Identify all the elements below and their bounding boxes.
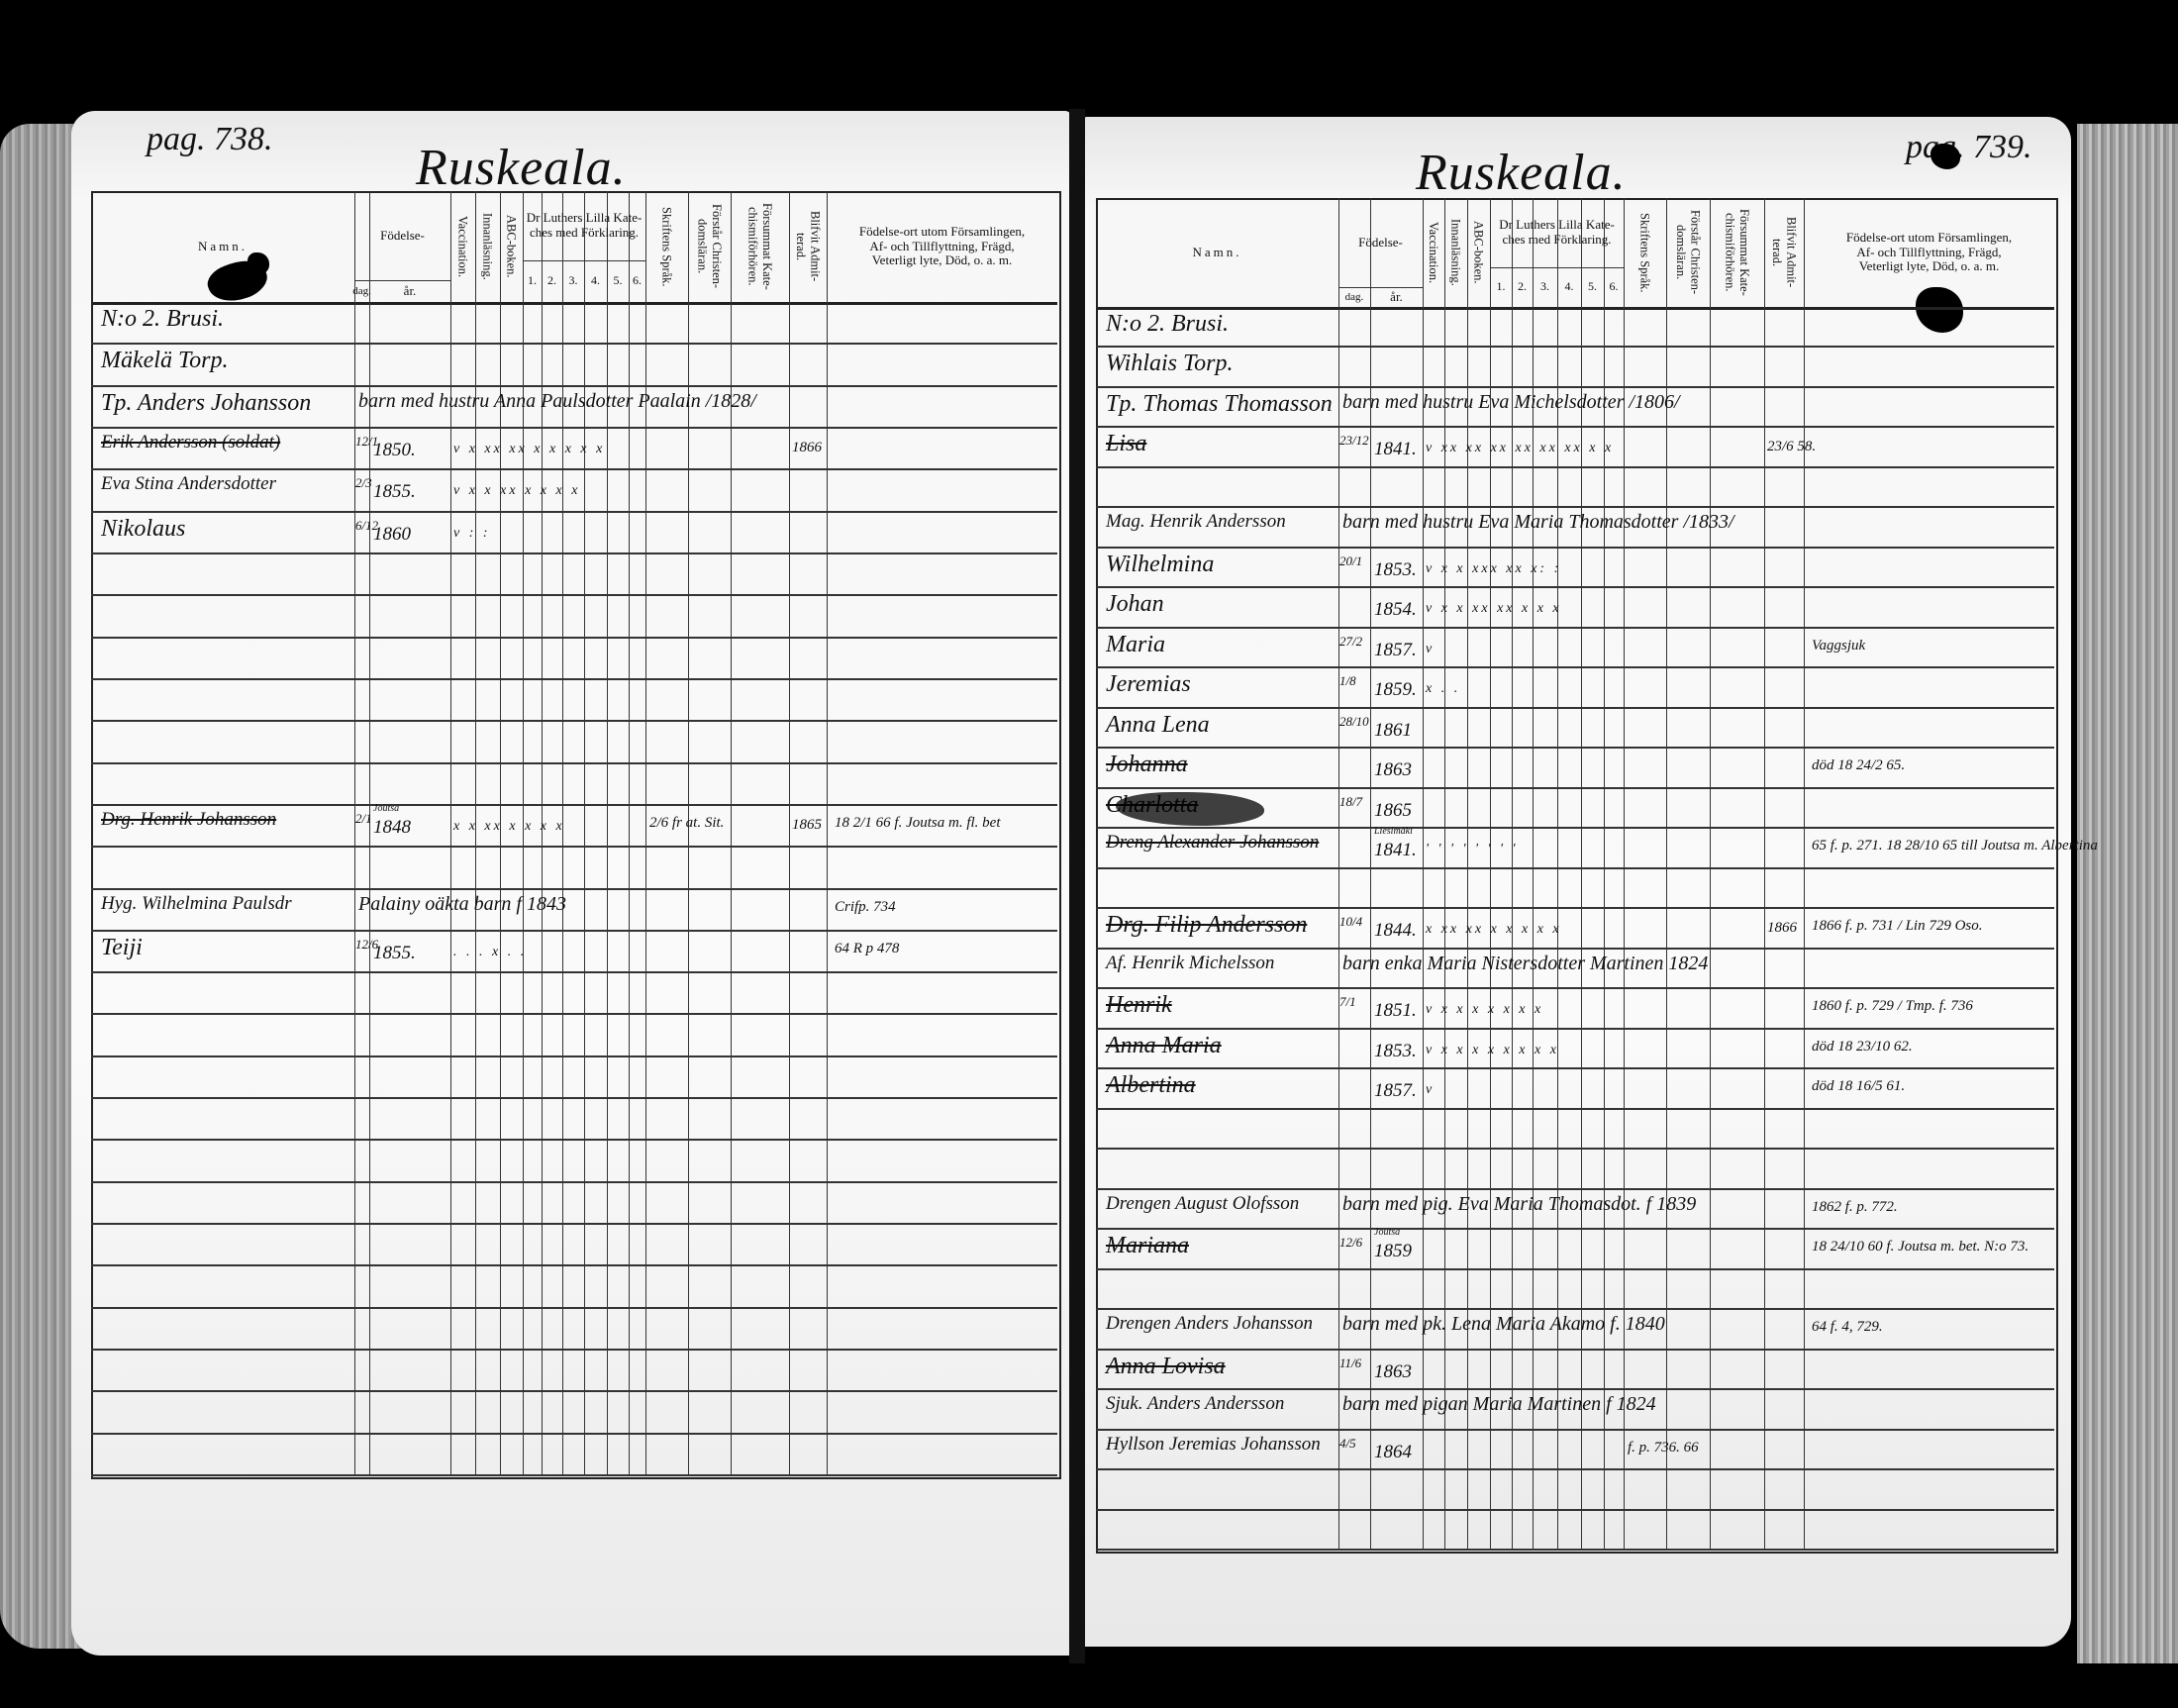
entry-span-text: Palainy oäkta barn f 1843 bbox=[358, 893, 566, 916]
entry-birth-year: 1844. bbox=[1374, 920, 1417, 942]
header-notes: Födelse-ort utom Församlingen, Af- och T… bbox=[1804, 198, 2054, 307]
header-skriftens: Skriftens Språk. bbox=[1624, 198, 1666, 307]
row-rule bbox=[91, 804, 1057, 806]
entry-name: Dreng Alexander Johansson bbox=[1106, 832, 1319, 854]
entry-birth-year: 1851. bbox=[1374, 1000, 1417, 1022]
entry-notes: 1860 f. p. 729 / Tmp. f. 736 bbox=[1812, 998, 1973, 1015]
header-luther-col: 5. bbox=[1581, 267, 1604, 307]
entry-notes: död 18 23/10 62. bbox=[1812, 1039, 1913, 1055]
row-rule bbox=[1096, 707, 2054, 709]
entry-name: Nikolaus bbox=[101, 516, 185, 543]
entry-name: Drengen August Olofsson bbox=[1106, 1193, 1299, 1215]
header-innanlasning-label: Innanläsning. bbox=[480, 213, 494, 280]
entry-span-text: barn med hustru Anna Paulsdotter Paalain… bbox=[358, 390, 756, 413]
entry-birth-year: 1864 bbox=[1374, 1442, 1412, 1463]
row-rule bbox=[1096, 1228, 2054, 1230]
header-luther-col: 3. bbox=[1533, 267, 1557, 307]
header-vaccination: Vaccination. bbox=[450, 191, 475, 302]
header-innanlasning: Innanläsning. bbox=[475, 191, 500, 302]
header-luther-col: 6. bbox=[1604, 267, 1624, 307]
entry-name: Mag. Henrik Andersson bbox=[1106, 511, 1286, 533]
entry-notes: död 18 16/5 61. bbox=[1812, 1078, 1905, 1095]
entry-birth-year: 1860 bbox=[373, 524, 411, 546]
entry-birth-year: 1853. bbox=[1374, 1041, 1417, 1062]
entry-remark: f. p. 736. 66 bbox=[1628, 1440, 1699, 1457]
entry-examination-marks: v x x xxx xx x: : bbox=[1426, 561, 1561, 577]
row-rule bbox=[1096, 1308, 2054, 1310]
entry-examination-marks: v bbox=[1426, 642, 1435, 657]
header-abc: ABC-boken. bbox=[1467, 198, 1490, 307]
row-rule bbox=[1096, 1148, 2054, 1150]
row-rule bbox=[1096, 747, 2054, 749]
entry-name: Erik Andersson (soldat) bbox=[101, 432, 280, 453]
entry-admitted: 1865 bbox=[792, 817, 822, 834]
column-divider bbox=[629, 191, 630, 1475]
entry-name: Wihlais Torp. bbox=[1106, 351, 1234, 377]
row-rule bbox=[91, 1223, 1057, 1225]
entry-birth-year: 1859 bbox=[1374, 1241, 1412, 1262]
entry-birth-day: 2/1 bbox=[355, 811, 372, 827]
entry-span-text: barn enka Maria Nistersdotter Martinen 1… bbox=[1342, 953, 1708, 975]
entry-notes: 64 R p 478 bbox=[835, 941, 899, 957]
row-rule bbox=[1096, 1067, 2054, 1069]
entry-examination-marks: ' ' ' ' ' ' ' ' bbox=[1426, 842, 1518, 857]
entry-name: Henrik bbox=[1106, 992, 1172, 1019]
entry-birth-day: 2/3 bbox=[355, 475, 372, 491]
header-katechismi-label: Försummat Kate- chismiförhören. bbox=[1723, 209, 1751, 296]
entry-name: Drengen Anders Johansson bbox=[1106, 1313, 1313, 1335]
row-rule bbox=[91, 971, 1057, 973]
column-divider bbox=[827, 191, 828, 1475]
entry-notes: 18 2/1 66 f. Joutsa m. fl. bet bbox=[835, 815, 1001, 832]
entry-span-text: barn med pigan Maria Martinen f 1824 bbox=[1342, 1393, 1656, 1416]
entry-examination-marks: v xx xx xx xx xx xx x x bbox=[1426, 441, 1614, 456]
header-ar: år. bbox=[1370, 287, 1423, 307]
header-fodelse: Födelse- bbox=[354, 191, 450, 280]
header-luther-col: 2. bbox=[542, 260, 562, 302]
row-rule bbox=[91, 930, 1057, 932]
entry-birth-day: 4/5 bbox=[1339, 1436, 1356, 1452]
entry-examination-marks: v x x x x x x x bbox=[1426, 1002, 1543, 1018]
row-rule bbox=[1096, 386, 2054, 388]
row-rule bbox=[91, 762, 1057, 764]
row-rule bbox=[1096, 1108, 2054, 1110]
book-gutter bbox=[1069, 109, 1085, 1663]
entry-name: Drg. Filip Andersson bbox=[1106, 912, 1307, 939]
entry-birth-day: 23/12 bbox=[1339, 433, 1369, 449]
entry-name: Johan bbox=[1106, 591, 1164, 618]
header-luther: Dr Luthers Lilla Kate- ches med Förklari… bbox=[1490, 198, 1624, 267]
row-rule bbox=[1096, 907, 2054, 909]
row-rule bbox=[1096, 867, 2054, 869]
entry-birth-year: 1853. bbox=[1374, 559, 1417, 581]
header-luther-col: 5. bbox=[607, 260, 629, 302]
entry-span-text: barn med hustru Eva Michelsdotter /1806/ bbox=[1342, 391, 1680, 414]
entry-name: Tp. Thomas Thomasson bbox=[1106, 391, 1333, 418]
entry-admitted: 23/6 58. bbox=[1767, 439, 1816, 455]
row-rule bbox=[91, 720, 1057, 722]
row-rule bbox=[91, 343, 1057, 345]
entry-name: Af. Henrik Michelsson bbox=[1106, 953, 1274, 974]
entry-span-text: barn med hustru Eva Maria Thomasdotter /… bbox=[1342, 511, 1734, 534]
row-rule bbox=[1096, 346, 2054, 348]
header-katechismi-label: Försummat Kate- chismiförhören. bbox=[745, 203, 774, 290]
row-rule bbox=[91, 1307, 1057, 1309]
row-rule bbox=[91, 1390, 1057, 1392]
row-rule bbox=[1096, 547, 2054, 549]
column-divider bbox=[731, 191, 732, 1475]
left-parish-title: Ruskeala. bbox=[416, 139, 627, 197]
entry-name: Anna Lena bbox=[1106, 712, 1210, 739]
column-divider bbox=[1764, 198, 1765, 1550]
entry-remark: 2/6 fr at. Sit. bbox=[649, 815, 724, 832]
entry-span-text: barn med pk. Lena Maria Akamo f. 1840 bbox=[1342, 1313, 1665, 1336]
entry-examination-marks: v x x x x x x x x bbox=[1426, 1043, 1559, 1058]
header-katechismi: Försummat Kate- chismiförhören. bbox=[1710, 198, 1764, 307]
entry-name: Jeremias bbox=[1106, 671, 1191, 698]
entry-birth-year: 1848 bbox=[373, 817, 411, 839]
row-rule bbox=[1096, 1349, 2054, 1351]
header-admitterad-label: Blifvit Admit- terad. bbox=[794, 211, 823, 281]
header-luther-col: 6. bbox=[629, 260, 645, 302]
row-rule bbox=[91, 888, 1057, 890]
entry-examination-marks: v x x xx x x x x bbox=[453, 483, 580, 499]
entry-examination-marks: x x xx x x x x bbox=[453, 819, 565, 835]
entry-examination-marks: . . . x . . bbox=[453, 945, 527, 960]
entry-name: Lisa bbox=[1106, 431, 1146, 457]
column-divider bbox=[1338, 198, 1339, 1550]
header-innanlasning: Innanläsning. bbox=[1444, 198, 1467, 307]
row-rule bbox=[91, 427, 1057, 429]
column-divider bbox=[1710, 198, 1711, 1550]
row-rule bbox=[91, 846, 1057, 848]
header-skriftens: Skriftens Språk. bbox=[645, 191, 688, 302]
header-admitterad-label: Blifvit Admit- terad. bbox=[1770, 217, 1799, 287]
entry-birth-day: 7/1 bbox=[1339, 994, 1356, 1010]
entry-birth-place: Joutsa bbox=[1374, 1227, 1400, 1238]
entry-birth-year: 1863 bbox=[1374, 759, 1412, 781]
header-namn: Namn. bbox=[91, 191, 354, 302]
row-rule bbox=[1096, 787, 2054, 789]
entry-admitted: 1866 bbox=[1767, 920, 1797, 937]
left-page-number: pag. 738. bbox=[147, 121, 273, 158]
entry-notes: Vaggsjuk bbox=[1812, 638, 1865, 654]
row-rule bbox=[1096, 426, 2054, 428]
entry-birth-day: 20/1 bbox=[1339, 553, 1362, 569]
entry-name: Mäkelä Torp. bbox=[101, 348, 228, 374]
row-rule bbox=[91, 594, 1057, 596]
column-divider bbox=[584, 191, 585, 1475]
header-dag: dag. bbox=[354, 280, 369, 302]
header-innanlasning-label: Innanläsning. bbox=[1448, 219, 1462, 286]
entry-birth-day: 11/6 bbox=[1339, 1356, 1361, 1371]
column-divider bbox=[369, 191, 370, 1475]
header-vaccination-label: Vaccination. bbox=[1427, 222, 1440, 283]
entry-birth-year: 1863 bbox=[1374, 1361, 1412, 1383]
header-ar: år. bbox=[369, 280, 450, 302]
right-parish-title: Ruskeala. bbox=[1416, 144, 1627, 202]
entry-notes: 65 f. p. 271. 18 28/10 65 till Joutsa m.… bbox=[1812, 838, 2098, 854]
entry-name: Drg. Henrik Johansson bbox=[101, 809, 276, 831]
entry-birth-year: 1850. bbox=[373, 440, 416, 461]
row-rule bbox=[1096, 1468, 2054, 1470]
entry-examination-marks: v : : bbox=[453, 526, 491, 542]
header-skriftens-label: Skriftens Språk. bbox=[1637, 213, 1651, 293]
entry-notes: 18 24/10 60 f. Joutsa m. bet. N:o 73. bbox=[1812, 1239, 2029, 1256]
row-rule bbox=[1096, 666, 2054, 668]
row-rule bbox=[91, 553, 1057, 554]
column-divider bbox=[645, 191, 646, 1475]
row-rule bbox=[1096, 1388, 2054, 1390]
entry-admitted: 1866 bbox=[792, 440, 822, 456]
row-rule bbox=[91, 1139, 1057, 1141]
row-rule bbox=[91, 1013, 1057, 1015]
header-luther-col: 1. bbox=[523, 260, 542, 302]
entry-name: Eva Stina Andersdotter bbox=[101, 473, 276, 495]
header-skriftens-label: Skriftens Språk. bbox=[659, 207, 673, 287]
entry-name: Sjuk. Anders Andersson bbox=[1106, 1393, 1284, 1415]
row-rule bbox=[1096, 987, 2054, 989]
header-christendom: Förstår Christen- domsläran. bbox=[688, 191, 731, 302]
row-rule bbox=[91, 1349, 1057, 1351]
header-abc-label: ABC-boken. bbox=[1471, 221, 1485, 284]
column-divider bbox=[354, 191, 355, 1475]
row-rule bbox=[91, 1055, 1057, 1057]
entry-birth-day: 18/7 bbox=[1339, 794, 1362, 810]
row-rule bbox=[1096, 1028, 2054, 1030]
column-divider bbox=[789, 191, 790, 1475]
entry-notes: 64 f. 4, 729. bbox=[1812, 1319, 1883, 1336]
column-divider bbox=[450, 191, 451, 1475]
row-rule bbox=[1096, 586, 2054, 588]
entry-name: Hyg. Wilhelmina Paulsdr bbox=[101, 893, 292, 915]
header-luther-col: 4. bbox=[1557, 267, 1581, 307]
entry-name: Wilhelmina bbox=[1106, 552, 1214, 578]
header-abc: ABC-boken. bbox=[500, 191, 523, 302]
header-vaccination: Vaccination. bbox=[1423, 198, 1444, 307]
entry-name: Maria bbox=[1106, 632, 1165, 658]
entry-birth-year: 1857. bbox=[1374, 640, 1417, 661]
row-rule bbox=[1096, 1268, 2054, 1270]
right-page-number: pag. 739. bbox=[1906, 129, 2032, 166]
row-rule bbox=[1096, 1429, 2054, 1431]
book-page-edges-right bbox=[2077, 124, 2178, 1663]
entry-name: Tp. Anders Johansson bbox=[101, 390, 311, 417]
entry-name: Teiji bbox=[101, 935, 143, 961]
row-rule bbox=[91, 678, 1057, 680]
header-christendom: Förstår Christen- domsläran. bbox=[1666, 198, 1710, 307]
row-rule bbox=[1096, 627, 2054, 629]
row-rule bbox=[91, 468, 1057, 470]
entry-name: N:o 2. Brusi. bbox=[1106, 311, 1229, 338]
entry-examination-marks: v x xx xx x x x x x bbox=[453, 442, 605, 457]
entry-birth-year: 1859. bbox=[1374, 679, 1417, 701]
header-katechismi: Försummat Kate- chismiförhören. bbox=[731, 191, 789, 302]
entry-birth-year: 1841. bbox=[1374, 439, 1417, 460]
row-rule bbox=[1096, 1509, 2054, 1511]
entry-birth-day: 10/4 bbox=[1339, 914, 1362, 930]
entry-name: Anna Maria bbox=[1106, 1033, 1222, 1059]
entry-notes: död 18 24/2 65. bbox=[1812, 757, 1905, 774]
column-divider bbox=[688, 191, 689, 1475]
entry-examination-marks: v x x xx xx x x x bbox=[1426, 601, 1562, 617]
row-rule bbox=[91, 1433, 1057, 1435]
entry-birth-day: 1/8 bbox=[1339, 673, 1356, 689]
entry-birth-year: 1855. bbox=[373, 943, 416, 964]
header-luther-col: 3. bbox=[562, 260, 584, 302]
entry-name: Johanna bbox=[1106, 752, 1188, 778]
header-luther-col: 4. bbox=[584, 260, 607, 302]
header-abc-label: ABC-boken. bbox=[504, 215, 518, 278]
header-admitterad: Blifvit Admit- terad. bbox=[789, 191, 827, 302]
header-christendom-label: Förstår Christen- domsläran. bbox=[695, 204, 724, 288]
entry-notes: 1866 f. p. 731 / Lin 729 Oso. bbox=[1812, 918, 1983, 935]
entry-notes: 1862 f. p. 772. bbox=[1812, 1199, 1898, 1216]
entry-examination-marks: v bbox=[1426, 1082, 1435, 1098]
row-rule bbox=[1096, 1549, 2054, 1551]
entry-birth-year: 1857. bbox=[1374, 1080, 1417, 1102]
header-luther: Dr Luthers Lilla Kate- ches med Förklari… bbox=[523, 191, 645, 260]
row-rule bbox=[91, 1264, 1057, 1266]
entry-name: Hyllson Jeremias Johansson bbox=[1106, 1434, 1321, 1456]
column-divider bbox=[607, 191, 608, 1475]
header-vaccination-label: Vaccination. bbox=[455, 216, 469, 277]
row-rule bbox=[1096, 827, 2054, 829]
row-rule bbox=[91, 1181, 1057, 1183]
entry-birth-day: 12/6 bbox=[1339, 1235, 1362, 1251]
entry-birth-place: Liesimäki bbox=[1374, 826, 1413, 837]
header-christendom-label: Förstår Christen- domsläran. bbox=[1674, 210, 1703, 294]
row-rule bbox=[91, 385, 1057, 387]
row-rule bbox=[91, 1097, 1057, 1099]
entry-name: Anna Lovisa bbox=[1106, 1354, 1226, 1380]
column-divider bbox=[1804, 198, 1805, 1550]
entry-notes: Crifp. 734 bbox=[835, 899, 896, 916]
entry-birth-day: 28/10 bbox=[1339, 714, 1369, 730]
entry-span-text: barn med pig. Eva Maria Thomasdot. f 183… bbox=[1342, 1193, 1696, 1216]
header-notes: Födelse-ort utom Församlingen, Af- och T… bbox=[827, 191, 1057, 302]
entry-name: Albertina bbox=[1106, 1072, 1196, 1099]
row-rule bbox=[1096, 466, 2054, 468]
entry-name: Mariana bbox=[1106, 1233, 1189, 1259]
entry-name: N:o 2. Brusi. bbox=[101, 306, 224, 333]
header-luther-col: 1. bbox=[1490, 267, 1512, 307]
entry-birth-place: Joutsa bbox=[373, 803, 399, 814]
header-dag: dag. bbox=[1338, 287, 1370, 307]
entry-examination-marks: x . . bbox=[1426, 681, 1460, 697]
row-rule bbox=[91, 1474, 1057, 1476]
row-rule bbox=[91, 511, 1057, 513]
header-fodelse: Födelse- bbox=[1338, 198, 1423, 287]
entry-birth-year: 1861 bbox=[1374, 720, 1412, 742]
entry-examination-marks: x xx xx x x x x x bbox=[1426, 922, 1562, 938]
header-admitterad: Blifvit Admit- terad. bbox=[1764, 198, 1804, 307]
row-rule bbox=[1096, 1188, 2054, 1190]
entry-birth-year: 1865 bbox=[1374, 800, 1412, 822]
entry-birth-year: 1854. bbox=[1374, 599, 1417, 621]
row-rule bbox=[1096, 948, 2054, 950]
entry-birth-year: 1855. bbox=[373, 481, 416, 503]
row-rule bbox=[1096, 506, 2054, 508]
header-namn: Namn. bbox=[1096, 198, 1338, 307]
header-luther-col: 2. bbox=[1512, 267, 1533, 307]
entry-birth-year: 1841. bbox=[1374, 840, 1417, 861]
row-rule bbox=[91, 637, 1057, 639]
entry-birth-day: 27/2 bbox=[1339, 634, 1362, 650]
